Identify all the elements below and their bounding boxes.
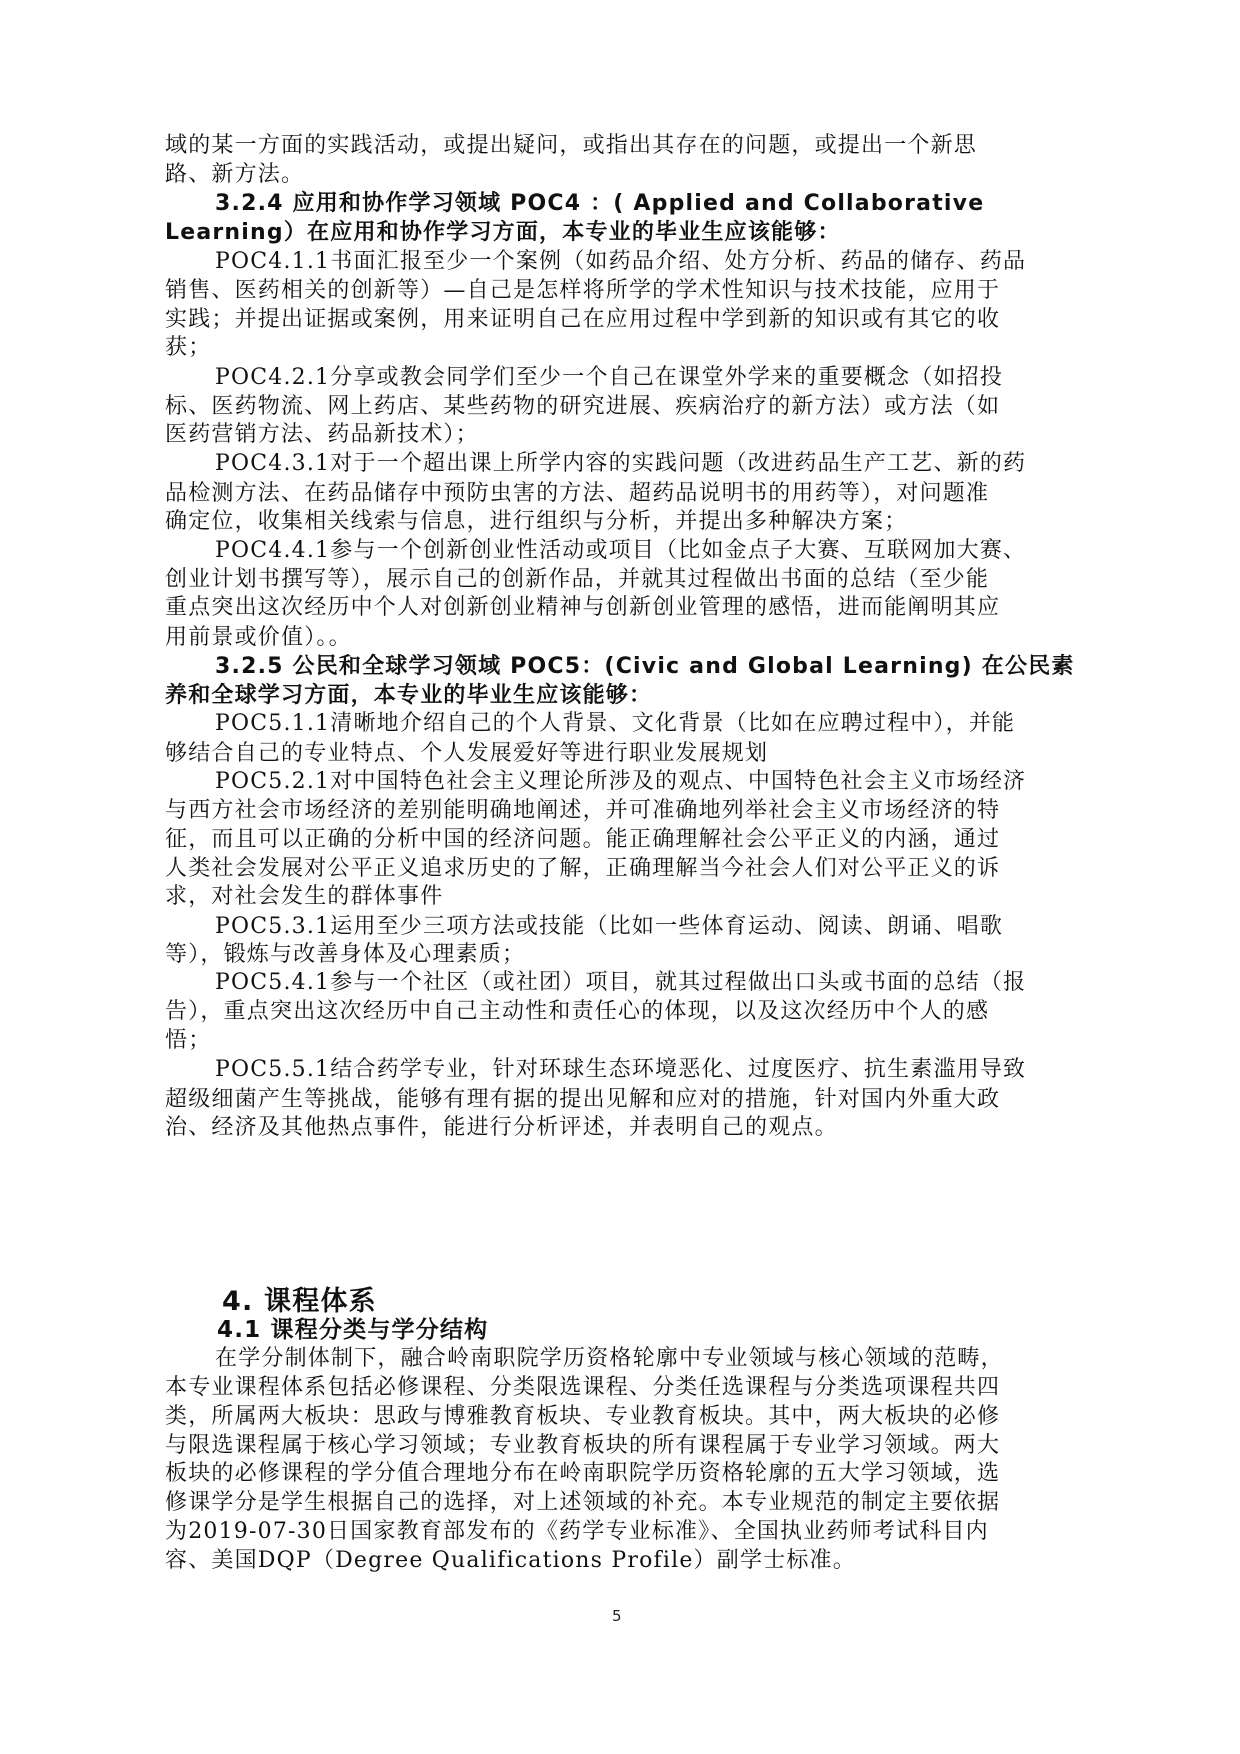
- paragraph-line: 求，对社会发生的群体事件: [165, 883, 443, 911]
- paragraph-line: 板块的必修课程的学分值合理地分布在岭南职院学历资格轮廓的五大学习领域，选: [165, 1460, 1000, 1488]
- paragraph-line: 用前景或价值）。。: [165, 624, 352, 652]
- paragraph-line: 实践；并提出证据或案例，用来证明自己在应用过程中学到新的知识或有其它的收: [165, 306, 1000, 334]
- paragraph-line: 类，所属两大板块：思政与博雅教育板块、专业教育板块。其中，两大板块的必修: [165, 1403, 1000, 1431]
- paragraph-line: 人类社会发展对公平正义追求历史的了解，正确理解当今社会人们对公平正义的诉: [165, 855, 1000, 883]
- paragraph-line: POC5.1.1清晰地介绍自己的个人背景、文化背景（比如在应聘过程中），并能: [215, 710, 1015, 738]
- paragraph-line: POC5.2.1对中国特色社会主义理论所涉及的观点、中国特色社会主义市场经济: [215, 768, 1026, 796]
- paragraph-line: POC4.4.1参与一个创新创业性活动或项目（比如金点子大赛、互联网加大赛、: [215, 537, 1026, 565]
- paragraph-line: POC4.3.1对于一个超出课上所学内容的实践问题（改进药品生产工艺、新的药: [215, 450, 1026, 478]
- paragraph-line: 容、美国DQP（Degree Qualifications Profile）副学…: [165, 1547, 856, 1575]
- heading-line: 养和全球学习方面，本专业的毕业生应该能够：: [165, 682, 652, 710]
- paragraph-line: 在学分制体制下，融合岭南职院学历资格轮廓中专业领域与核心领域的范畴，: [215, 1345, 1004, 1373]
- paragraph-line: 路、新方法。: [165, 161, 304, 189]
- subsection-heading: 4.1 课程分类与学分结构: [217, 1316, 488, 1344]
- paragraph-line: 治、经济及其他热点事件，能进行分析评述，并表明自己的观点。: [165, 1114, 838, 1142]
- paragraph-line: 等），锻炼与改善身体及心理素质；: [165, 941, 525, 969]
- heading-line: 3.2.4 应用和协作学习领域 POC4 ：( Applied and Coll…: [215, 190, 984, 218]
- heading-line: Learning）在应用和协作学习方面，本专业的毕业生应该能够：: [165, 219, 841, 247]
- paragraph-line: POC5.4.1参与一个社区（或社团）项目，就其过程做出口头或书面的总结（报: [215, 969, 1026, 997]
- page-number: 5: [612, 1607, 622, 1625]
- document-page: 域的某一方面的实践活动，或提出疑问，或指出其存在的问题，或提出一个新思路、新方法…: [0, 0, 1240, 1754]
- heading-line: 3.2.5 公民和全球学习领域 POC5：(Civic and Global L…: [215, 653, 1075, 681]
- paragraph-line: 超级细菌产生等挑战，能够有理有据的提出见解和应对的措施，针对国内外重大政: [165, 1086, 1000, 1114]
- paragraph-line: 悟；: [165, 1027, 211, 1055]
- paragraph-line: 标、医药物流、网上药店、某些药物的研究进展、疾病治疗的新方法）或方法（如: [165, 393, 1000, 421]
- paragraph-line: 获；: [165, 334, 211, 362]
- paragraph-line: 本专业课程体系包括必修课程、分类限选课程、分类任选课程与分类选项课程共四: [165, 1374, 1000, 1402]
- paragraph-line: 域的某一方面的实践活动，或提出疑问，或指出其存在的问题，或提出一个新思: [165, 132, 977, 160]
- paragraph-line: POC5.3.1运用至少三项方法或技能（比如一些体育运动、阅读、朗诵、唱歌: [215, 913, 1003, 941]
- paragraph-line: 销售、医药相关的创新等）—自己是怎样将所学的学术性知识与技术技能，应用于: [165, 277, 1000, 305]
- paragraph-line: 征，而且可以正确的分析中国的经济问题。能正确理解社会公平正义的内涵，通过: [165, 826, 1000, 854]
- paragraph-line: 品检测方法、在药品储存中预防虫害的方法、超药品说明书的用药等），对问题准: [165, 480, 989, 508]
- paragraph-line: POC4.1.1书面汇报至少一个案例（如药品介绍、处方分析、药品的储存、药品: [215, 248, 1026, 276]
- paragraph-line: 修课学分是学生根据自己的选择，对上述领域的补充。本专业规范的制定主要依据: [165, 1489, 1000, 1517]
- paragraph-line: POC4.2.1分享或教会同学们至少一个自己在课堂外学来的重要概念（如招投: [215, 364, 1003, 392]
- paragraph-line: 告），重点突出这次经历中自己主动性和责任心的体现，以及这次经历中个人的感: [165, 998, 989, 1026]
- paragraph-line: 为2019-07-30日国家教育部发布的《药学专业标准》、全国执业药师考试科目内: [165, 1518, 989, 1546]
- paragraph-line: 确定位，收集相关线索与信息，进行组织与分析，并提出多种解决方案；: [165, 508, 907, 536]
- paragraph-line: 够结合自己的专业特点、个人发展爱好等进行职业发展规划: [165, 740, 768, 768]
- paragraph-line: 创业计划书撰写等），展示自己的创新作品，并就其过程做出书面的总结（至少能: [165, 566, 989, 594]
- paragraph-line: 与限选课程属于核心学习领域；专业教育板块的所有课程属于专业学习领域。两大: [165, 1432, 1000, 1460]
- paragraph-line: POC5.5.1结合药学专业，针对环球生态环境恶化、过度医疗、抗生素滥用导致: [215, 1056, 1026, 1084]
- paragraph-line: 与西方社会市场经济的差别能明确地阐述，并可准确地列举社会主义市场经济的特: [165, 797, 1000, 825]
- paragraph-line: 重点突出这次经历中个人对创新创业精神与创新创业管理的感悟，进而能阐明其应: [165, 594, 1000, 622]
- paragraph-line: 医药营销方法、药品新技术）；: [165, 421, 479, 449]
- section-heading: 4. 课程体系: [222, 1286, 377, 1318]
